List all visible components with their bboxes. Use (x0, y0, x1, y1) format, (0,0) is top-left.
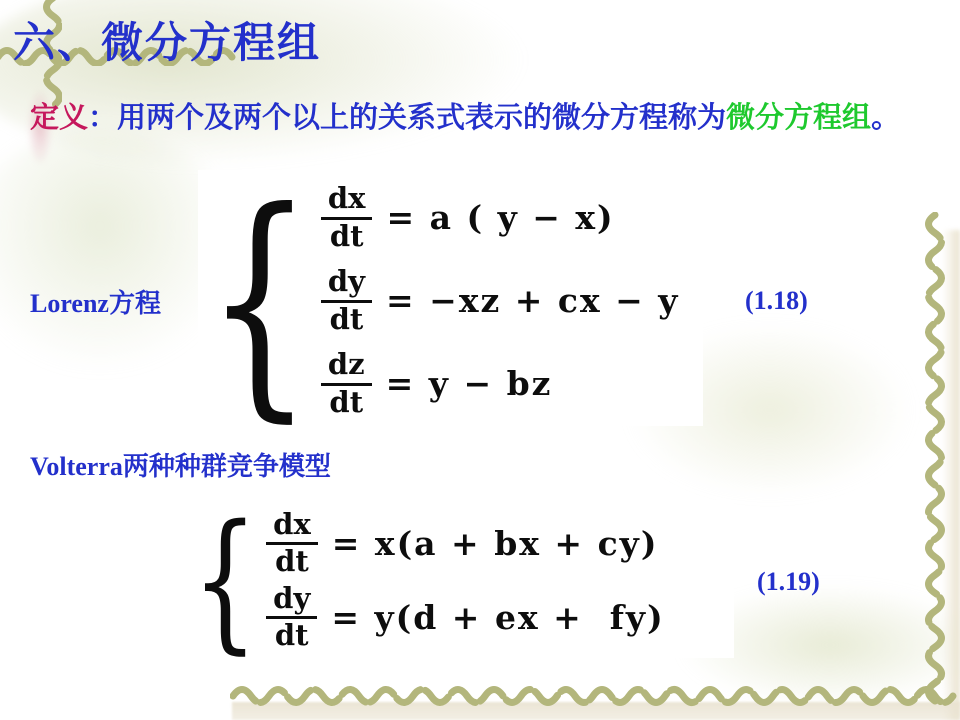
volterra-equation-1: dx dt = x(a + bx + cy) (266, 506, 665, 580)
lorenz-equations: dx dt = a ( y − x) dy dt = −xz + cx − y … (321, 176, 680, 425)
equation-number-118: (1.18) (745, 286, 808, 316)
chain-ornament-bottom-horizontal (230, 683, 960, 707)
equation-rhs: = y − bz (386, 364, 553, 403)
lorenz-equation-3: dz dt = y − bz (321, 342, 680, 425)
slide: 六、微分方程组 定义：用两个及两个以上的关系式表示的微分方程称为微分方程组。 L… (0, 0, 960, 720)
derivative-fraction: dy dt (321, 265, 372, 336)
lorenz-equation-2: dy dt = −xz + cx − y (321, 259, 680, 342)
lorenz-equation-1: dx dt = a ( y − x) (321, 176, 680, 259)
definition-keyword: 定义 (30, 102, 88, 134)
volterra-equation-system: { dx dt = x(a + bx + cy) dy dt = y(d + e… (192, 506, 665, 654)
watermark-beige-bottom-strip (232, 702, 960, 720)
equation-rhs: = −xz + cx − y (386, 281, 679, 320)
lorenz-equation-system: { dx dt = a ( y − x) dy dt = −xz + cx − … (206, 176, 679, 425)
derivative-fraction: dx dt (321, 182, 373, 253)
derivative-fraction: dz dt (321, 348, 372, 419)
lorenz-system-brace: { (206, 179, 313, 423)
page-title: 六、微分方程组 (13, 10, 321, 70)
lorenz-label: Lorenz方程 (30, 283, 161, 320)
equation-rhs: = x(a + bx + cy) (332, 524, 659, 563)
definition-colon: ： (88, 102, 117, 134)
equation-rhs: = a ( y − x) (386, 198, 614, 237)
definition-period: 。 (871, 102, 900, 134)
definition-sentence: 定义：用两个及两个以上的关系式表示的微分方程称为微分方程组。 (30, 95, 900, 136)
derivative-fraction: dx dt (266, 508, 318, 579)
volterra-equation-2: dy dt = y(d + ex + fy) (266, 580, 665, 654)
equation-rhs: = y(d + ex + fy) (331, 598, 664, 637)
chain-ornament-right-vertical (922, 212, 946, 718)
volterra-equations: dx dt = x(a + bx + cy) dy dt = y(d + ex … (266, 506, 665, 654)
definition-body: 用两个及两个以上的关系式表示的微分方程称为 (117, 102, 726, 134)
volterra-label: Volterra两种种群竞争模型 (30, 446, 331, 483)
volterra-system-brace: { (192, 505, 258, 656)
watermark-beige-right-edge (942, 230, 960, 720)
definition-highlight: 微分方程组 (726, 102, 871, 134)
equation-number-119: (1.19) (757, 567, 820, 597)
derivative-fraction: dy dt (266, 582, 317, 653)
